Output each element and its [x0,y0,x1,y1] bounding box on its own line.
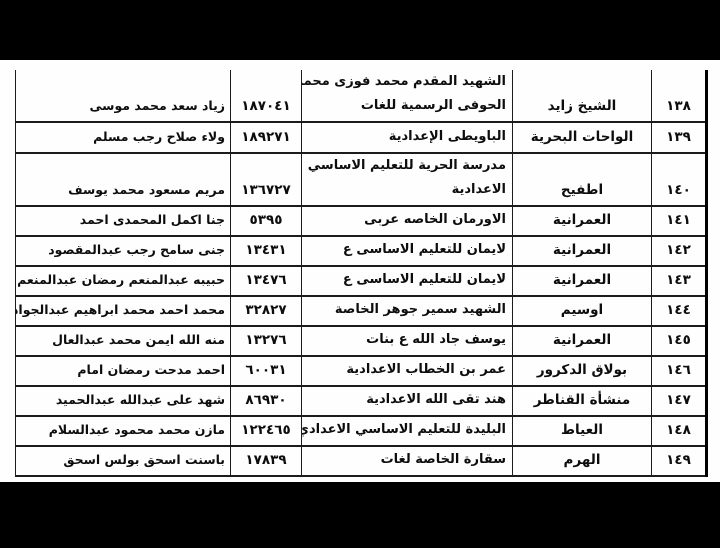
table-row: ١٤٢ العمرانية لايمان للتعليم الاساسى ع ١… [16,236,707,266]
table-row: ١٤٧ منشأة القناطر هند تقى الله الاعدادية… [16,386,707,416]
cell-seat-code: ١٣٤٧٦ [231,266,302,296]
cell-seat-code: ١٣٤٣١ [231,236,302,266]
cell-seat-code: ١٨٩٢٧١ [231,122,302,153]
cell-school-name: سقارة الخاصة لغات [302,446,513,476]
cell-school-name: الباويطى الإعدادية [302,122,513,153]
cell-student-name: باسنت اسحق بولس اسحق [16,446,231,476]
cell-district: الهرم [513,446,652,476]
cell-district: اطفيح [513,153,652,206]
letterbox-bottom [0,482,720,548]
students-table-body: ١٣٨ الشيخ زايد الشهيد المقدم محمد فوزى م… [16,70,707,476]
cell-student-name: جنى سامح رجب عبدالمقصود [16,236,231,266]
cell-seat-code: ١٨٧٠٤١ [231,70,302,122]
cell-district: العمرانية [513,236,652,266]
cell-serial-number: ١٤٣ [652,266,707,296]
table-row: ١٣٨ الشيخ زايد الشهيد المقدم محمد فوزى م… [16,70,707,122]
cell-district: الواحات البحرية [513,122,652,153]
cell-district: بولاق الدكرور [513,356,652,386]
cell-district: العمرانية [513,326,652,356]
cell-school-name: يوسف جاد الله ع بنات [302,326,513,356]
table-row: ١٤٦ بولاق الدكرور عمر بن الخطاب الاعدادي… [16,356,707,386]
cell-student-name: مريم مسعود محمد يوسف [16,153,231,206]
cell-seat-code: ١٣٦٧٢٧ [231,153,302,206]
table-row: ١٤٠ اطفيح مدرسة الحرية للتعليم الاساسي ا… [16,153,707,206]
table-row: ١٣٩ الواحات البحرية الباويطى الإعدادية ١… [16,122,707,153]
table-row: ١٤١ العمرانية الاورمان الخاصه عربى ٥٣٩٥ … [16,206,707,236]
cell-student-name: ولاء صلاح رجب مسلم [16,122,231,153]
cell-district: العمرانية [513,206,652,236]
cell-serial-number: ١٤٠ [652,153,707,206]
cell-school-name: الشهيد المقدم محمد فوزى محمد الحوفى الرس… [302,70,513,122]
cell-district: العمرانية [513,266,652,296]
cell-district: الشيخ زايد [513,70,652,122]
cell-seat-code: ١٢٢٤٦٥ [231,416,302,446]
cell-serial-number: ١٤٨ [652,416,707,446]
cell-student-name: احمد مدحت رمضان امام [16,356,231,386]
cell-serial-number: ١٤٥ [652,326,707,356]
cell-student-name: شهد على عبدالله عبدالحميد [16,386,231,416]
letterbox-top [0,0,720,60]
cell-student-name: منه الله ايمن محمد عبدالعال [16,326,231,356]
students-table: ١٣٨ الشيخ زايد الشهيد المقدم محمد فوزى م… [15,70,708,477]
table-row: ١٤٨ العياط البليدة للتعليم الاساسي الاعد… [16,416,707,446]
cell-district: العياط [513,416,652,446]
table-row: ١٤٩ الهرم سقارة الخاصة لغات ١٧٨٣٩ باسنت … [16,446,707,476]
cell-district: منشأة القناطر [513,386,652,416]
cell-school-name: الاورمان الخاصه عربى [302,206,513,236]
cell-seat-code: ١٣٢٧٦ [231,326,302,356]
cell-seat-code: ٦٠٠٣١ [231,356,302,386]
table-row: ١٤٥ العمرانية يوسف جاد الله ع بنات ١٣٢٧٦… [16,326,707,356]
table-row: ١٤٤ اوسيم الشهيد سمير جوهر الخاصة ٣٢٨٢٧ … [16,296,707,326]
cell-school-name: الشهيد سمير جوهر الخاصة [302,296,513,326]
cell-school-name: لايمان للتعليم الاساسى ع [302,236,513,266]
cell-seat-code: ٨٦٩٣٠ [231,386,302,416]
cell-serial-number: ١٤٦ [652,356,707,386]
cell-serial-number: ١٤٩ [652,446,707,476]
cell-serial-number: ١٣٩ [652,122,707,153]
table-row: ١٤٣ العمرانية لايمان للتعليم الاساسى ع ١… [16,266,707,296]
cell-student-name: حبيبه عبدالمنعم رمضان عبدالمنعم هريدى [16,266,231,296]
cell-student-name: جنا اكمل المحمدى احمد [16,206,231,236]
cell-school-name: عمر بن الخطاب الاعدادية [302,356,513,386]
cell-serial-number: ١٣٨ [652,70,707,122]
document-page: ١٣٨ الشيخ زايد الشهيد المقدم محمد فوزى م… [0,60,720,482]
screenshot-root: ١٣٨ الشيخ زايد الشهيد المقدم محمد فوزى م… [0,0,720,548]
cell-school-name: مدرسة الحرية للتعليم الاساسي الاعدادية [302,153,513,206]
cell-serial-number: ١٤٢ [652,236,707,266]
cell-serial-number: ١٤٤ [652,296,707,326]
cell-school-name: هند تقى الله الاعدادية [302,386,513,416]
cell-seat-code: ٣٢٨٢٧ [231,296,302,326]
cell-serial-number: ١٤١ [652,206,707,236]
cell-student-name: مازن محمد محمود عبدالسلام [16,416,231,446]
cell-student-name: زياد سعد محمد موسى [16,70,231,122]
cell-school-name: البليدة للتعليم الاساسي الاعدادي بنين [302,416,513,446]
cell-school-name: لايمان للتعليم الاساسى ع [302,266,513,296]
cell-student-name: محمد احمد محمد ابراهيم عبدالجواد [16,296,231,326]
cell-district: اوسيم [513,296,652,326]
cell-seat-code: ١٧٨٣٩ [231,446,302,476]
cell-seat-code: ٥٣٩٥ [231,206,302,236]
cell-serial-number: ١٤٧ [652,386,707,416]
